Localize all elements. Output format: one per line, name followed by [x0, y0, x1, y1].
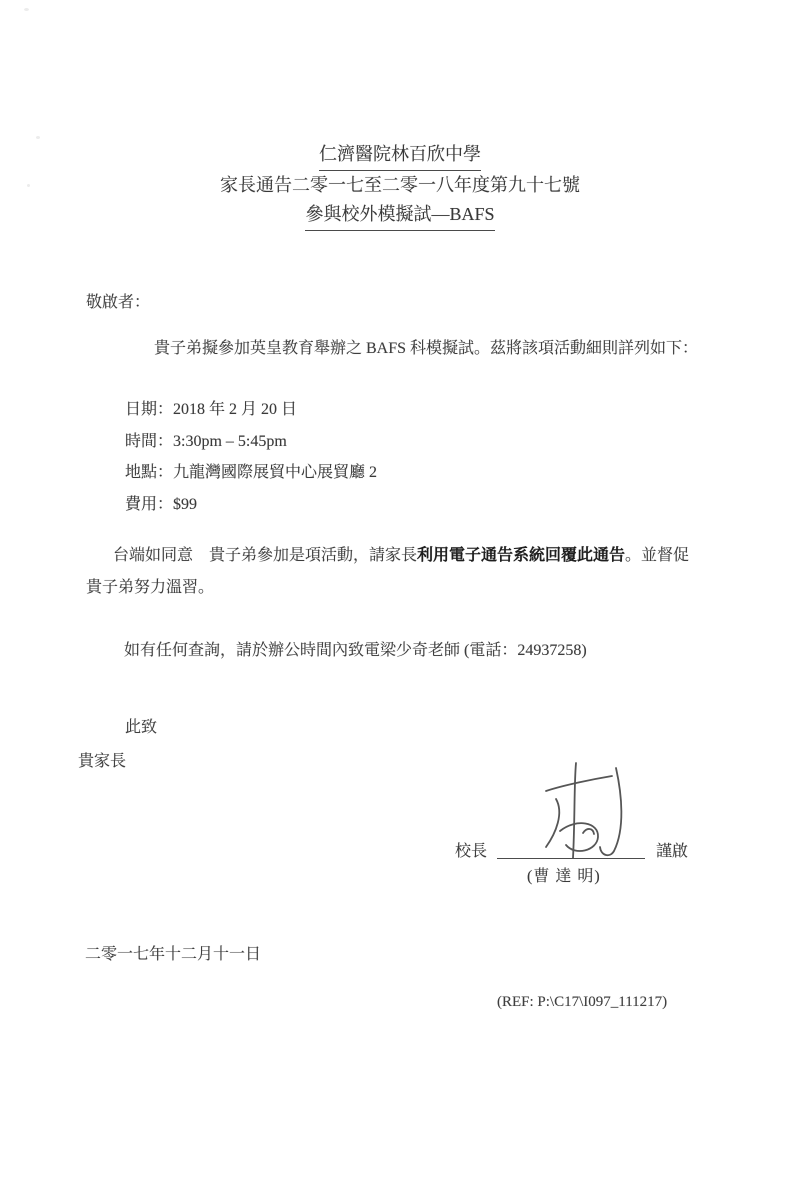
signature-line [497, 858, 645, 859]
notice-subject-line: 參與校外模擬試—BAFS [0, 200, 800, 231]
notice-subject: 參與校外模擬試—BAFS [305, 200, 494, 231]
principal-signature [500, 761, 645, 861]
enquiry-line: 如有任何查詢，請於辦公時間內致電梁少奇老師 (電話：24937258) [124, 637, 587, 660]
letterhead: 仁濟醫院林百欣中學 家長通告二零一七至二零一八年度第九十七號 參與校外模擬試—B… [0, 140, 800, 231]
event-details-list: 日期：2018 年 2 月 20 日 時間：3:30pm – 5:45pm 地點… [125, 394, 377, 520]
principal-name: (曹 達 明) [527, 863, 601, 886]
notice-number: 家長通告二零一七至二零一八年度第九十七號 [220, 175, 580, 195]
notice-number-line: 家長通告二零一七至二零一八年度第九十七號 [0, 171, 800, 200]
scan-speck [36, 136, 40, 139]
consent-bold-instruction: 利用電子通告系統回覆此通告 [417, 547, 625, 564]
closing-cizhi: 此致 [125, 714, 157, 737]
detail-time: 時間：3:30pm – 5:45pm [125, 426, 377, 458]
detail-date: 日期：2018 年 2 月 20 日 [125, 394, 377, 426]
closing-recipient: 貴家長 [78, 748, 126, 771]
consent-paragraph: 台端如同意 貴子弟參加是項活動，請家長利用電子通告系統回覆此通告。並督促貴子弟努… [86, 540, 702, 604]
scanned-letter-page: 仁濟醫院林百欣中學 家長通告二零一七至二零一八年度第九十七號 參與校外模擬試—B… [0, 0, 800, 1200]
consent-pre: 台端如同意 貴子弟參加是項活動，請家長 [113, 547, 417, 564]
salutation: 敬啟者： [86, 289, 150, 312]
respect-label: 謹啟 [656, 838, 688, 861]
scan-speck [24, 8, 29, 11]
detail-fee: 費用：$99 [125, 489, 377, 521]
intro-paragraph: 貴子弟擬參加英皇教育舉辦之 BAFS 科模擬試。茲將該項活動細則詳列如下： [86, 337, 746, 361]
reference-number: (REF: P:\C17\I097_111217) [497, 994, 667, 1011]
school-name: 仁濟醫院林百欣中學 [319, 140, 481, 171]
detail-venue: 地點：九龍灣國際展貿中心展貿廳 2 [125, 457, 377, 489]
principal-title-label: 校長 [455, 838, 487, 861]
issue-date: 二零一七年十二月十一日 [85, 941, 261, 964]
school-name-line: 仁濟醫院林百欣中學 [0, 140, 800, 171]
